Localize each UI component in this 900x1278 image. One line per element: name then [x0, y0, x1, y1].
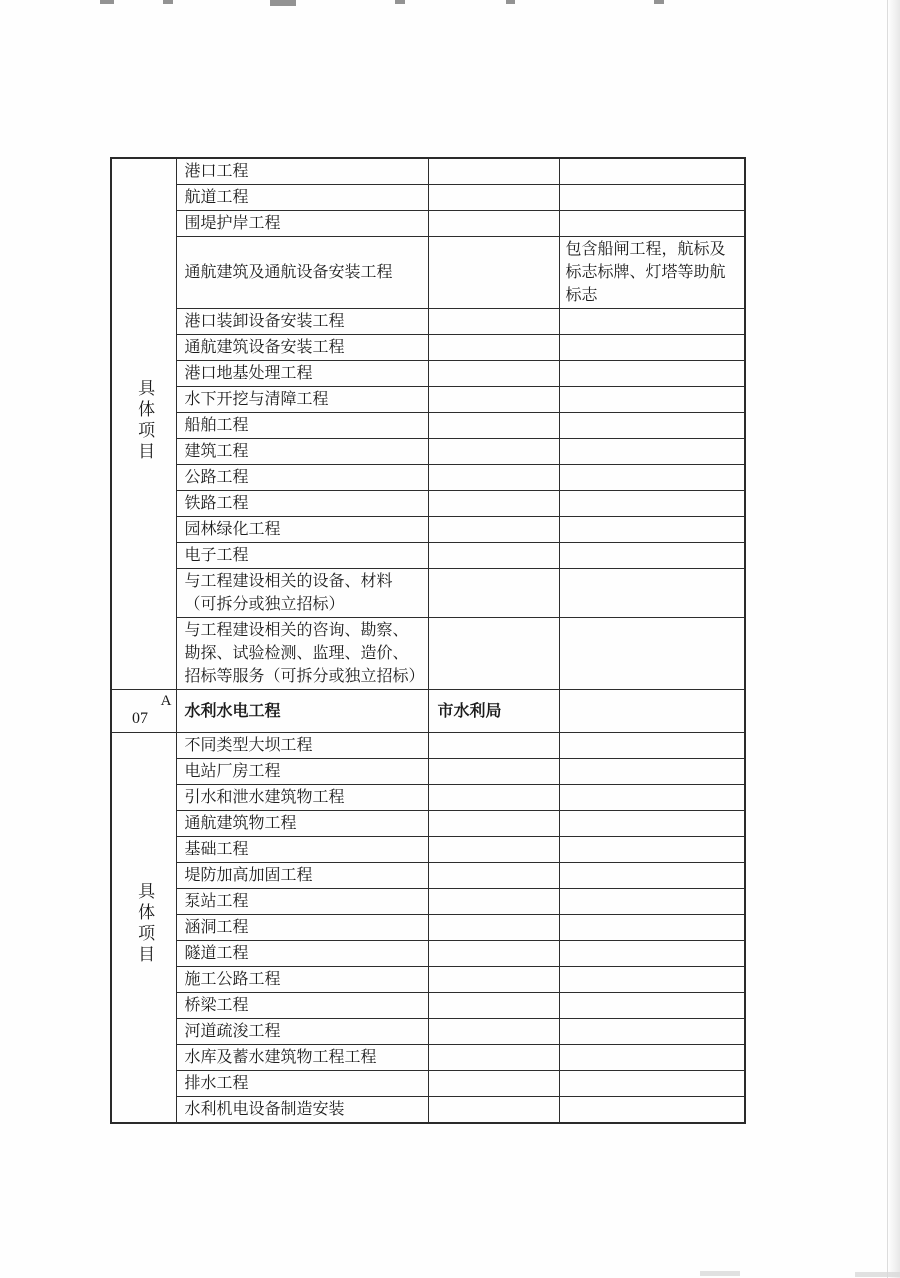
table-row: 电站厂房工程 — [111, 759, 745, 785]
note-cell — [559, 785, 745, 811]
project-classification-table: 具体项目港口工程航道工程围堤护岸工程通航建筑及通航设备安装工程包含船闸工程，航标… — [110, 157, 746, 1124]
note-cell — [559, 759, 745, 785]
item-cell: 电子工程 — [176, 543, 428, 569]
item-cell: 水利机电设备制造安装 — [176, 1097, 428, 1124]
note-cell — [559, 1019, 745, 1045]
table-row: 建筑工程 — [111, 439, 745, 465]
scan-artifact — [270, 0, 296, 6]
category-code-number: 07 — [132, 707, 148, 730]
item-cell: 隧道工程 — [176, 941, 428, 967]
side-label: 具体项目 — [134, 379, 153, 463]
note-cell — [559, 993, 745, 1019]
table-row: 通航建筑物工程 — [111, 811, 745, 837]
scan-artifact — [395, 0, 405, 4]
table-row: 桥梁工程 — [111, 993, 745, 1019]
note-cell — [559, 569, 745, 618]
item-cell: 泵站工程 — [176, 889, 428, 915]
table-row: 围堤护岸工程 — [111, 211, 745, 237]
item-cell: 水下开挖与清障工程 — [176, 387, 428, 413]
side-label-cell: 具体项目 — [111, 158, 176, 690]
empty-cell — [428, 413, 559, 439]
item-cell: 船舶工程 — [176, 413, 428, 439]
item-cell: 港口装卸设备安装工程 — [176, 309, 428, 335]
note-cell — [559, 158, 745, 185]
empty-cell — [428, 237, 559, 309]
note-cell: 包含船闸工程，航标及标志标牌、灯塔等助航标志 — [559, 237, 745, 309]
item-cell: 围堤护岸工程 — [176, 211, 428, 237]
empty-cell — [428, 491, 559, 517]
table-row: 涵洞工程 — [111, 915, 745, 941]
note-cell — [559, 361, 745, 387]
note-cell — [559, 543, 745, 569]
table-row: 隧道工程 — [111, 941, 745, 967]
category-code-letter: A — [161, 690, 172, 713]
table-row: 公路工程 — [111, 465, 745, 491]
table-row: 与工程建设相关的咨询、勘察、勘探、试验检测、监理、造价、招标等服务（可拆分或独立… — [111, 618, 745, 690]
table-row: 航道工程 — [111, 185, 745, 211]
empty-cell — [428, 439, 559, 465]
item-cell: 通航建筑及通航设备安装工程 — [176, 237, 428, 309]
category-code-cell: A07 — [111, 690, 176, 733]
category-name-cell: 水利水电工程 — [176, 690, 428, 733]
empty-cell — [428, 361, 559, 387]
empty-cell — [428, 465, 559, 491]
item-cell: 水库及蓄水建筑物工程工程 — [176, 1045, 428, 1071]
authority-cell: 市水利局 — [428, 690, 559, 733]
item-cell: 建筑工程 — [176, 439, 428, 465]
table-row: 排水工程 — [111, 1071, 745, 1097]
item-cell: 基础工程 — [176, 837, 428, 863]
scan-artifact — [700, 1271, 740, 1276]
table-row: 具体项目港口工程 — [111, 158, 745, 185]
empty-cell — [428, 941, 559, 967]
item-cell: 通航建筑物工程 — [176, 811, 428, 837]
table-row: 施工公路工程 — [111, 967, 745, 993]
empty-cell — [428, 1019, 559, 1045]
note-cell — [559, 211, 745, 237]
empty-cell — [428, 863, 559, 889]
scan-artifact — [506, 0, 515, 4]
empty-cell — [428, 309, 559, 335]
note-cell — [559, 618, 745, 690]
note-cell — [559, 915, 745, 941]
table-row: 园林绿化工程 — [111, 517, 745, 543]
item-cell: 港口地基处理工程 — [176, 361, 428, 387]
category-row: A07水利水电工程市水利局 — [111, 690, 745, 733]
empty-cell — [428, 967, 559, 993]
table-row: 港口地基处理工程 — [111, 361, 745, 387]
empty-cell — [428, 1045, 559, 1071]
table-row: 通航建筑及通航设备安装工程包含船闸工程，航标及标志标牌、灯塔等助航标志 — [111, 237, 745, 309]
note-cell — [559, 413, 745, 439]
table-row: 港口装卸设备安装工程 — [111, 309, 745, 335]
table-row: 泵站工程 — [111, 889, 745, 915]
scanned-page: 具体项目港口工程航道工程围堤护岸工程通航建筑及通航设备安装工程包含船闸工程，航标… — [0, 0, 900, 1278]
side-label-cell: 具体项目 — [111, 733, 176, 1124]
scan-artifact — [100, 0, 114, 4]
note-cell — [559, 335, 745, 361]
table-row: 堤防加高加固工程 — [111, 863, 745, 889]
note-cell — [559, 439, 745, 465]
note-cell — [559, 733, 745, 759]
note-cell — [559, 517, 745, 543]
item-cell: 堤防加高加固工程 — [176, 863, 428, 889]
table-row: 具体项目不同类型大坝工程 — [111, 733, 745, 759]
empty-cell — [428, 733, 559, 759]
note-cell — [559, 690, 745, 733]
note-cell — [559, 1097, 745, 1124]
table-row: 引水和泄水建筑物工程 — [111, 785, 745, 811]
side-label: 具体项目 — [134, 882, 153, 966]
empty-cell — [428, 158, 559, 185]
table-row: 船舶工程 — [111, 413, 745, 439]
note-cell — [559, 491, 745, 517]
item-cell: 铁路工程 — [176, 491, 428, 517]
note-cell — [559, 837, 745, 863]
table-row: 与工程建设相关的设备、材料（可拆分或独立招标） — [111, 569, 745, 618]
table-row: 通航建筑设备安装工程 — [111, 335, 745, 361]
table-row: 河道疏浚工程 — [111, 1019, 745, 1045]
scan-artifact — [654, 0, 664, 4]
note-cell — [559, 889, 745, 915]
empty-cell — [428, 889, 559, 915]
note-cell — [559, 811, 745, 837]
empty-cell — [428, 837, 559, 863]
empty-cell — [428, 335, 559, 361]
empty-cell — [428, 543, 559, 569]
note-cell — [559, 387, 745, 413]
table-row: 水库及蓄水建筑物工程工程 — [111, 1045, 745, 1071]
note-cell — [559, 309, 745, 335]
empty-cell — [428, 785, 559, 811]
item-cell: 不同类型大坝工程 — [176, 733, 428, 759]
empty-cell — [428, 517, 559, 543]
empty-cell — [428, 618, 559, 690]
item-cell: 航道工程 — [176, 185, 428, 211]
note-cell — [559, 1071, 745, 1097]
table-row: 水利机电设备制造安装 — [111, 1097, 745, 1124]
empty-cell — [428, 569, 559, 618]
item-cell: 施工公路工程 — [176, 967, 428, 993]
table-row: 电子工程 — [111, 543, 745, 569]
empty-cell — [428, 915, 559, 941]
item-cell: 与工程建设相关的设备、材料（可拆分或独立招标） — [176, 569, 428, 618]
note-cell — [559, 185, 745, 211]
item-cell: 涵洞工程 — [176, 915, 428, 941]
item-cell: 引水和泄水建筑物工程 — [176, 785, 428, 811]
note-cell — [559, 967, 745, 993]
empty-cell — [428, 185, 559, 211]
empty-cell — [428, 1071, 559, 1097]
table-row: 基础工程 — [111, 837, 745, 863]
note-cell — [559, 1045, 745, 1071]
scan-artifact — [855, 1272, 900, 1277]
empty-cell — [428, 1097, 559, 1124]
item-cell: 电站厂房工程 — [176, 759, 428, 785]
empty-cell — [428, 993, 559, 1019]
empty-cell — [428, 387, 559, 413]
item-cell: 港口工程 — [176, 158, 428, 185]
item-cell: 排水工程 — [176, 1071, 428, 1097]
page-edge-shadow — [887, 0, 900, 1278]
note-cell — [559, 863, 745, 889]
item-cell: 园林绿化工程 — [176, 517, 428, 543]
item-cell: 桥梁工程 — [176, 993, 428, 1019]
item-cell: 公路工程 — [176, 465, 428, 491]
scan-artifact — [163, 0, 173, 4]
table-row: 水下开挖与清障工程 — [111, 387, 745, 413]
item-cell: 通航建筑设备安装工程 — [176, 335, 428, 361]
note-cell — [559, 941, 745, 967]
empty-cell — [428, 811, 559, 837]
item-cell: 与工程建设相关的咨询、勘察、勘探、试验检测、监理、造价、招标等服务（可拆分或独立… — [176, 618, 428, 690]
empty-cell — [428, 759, 559, 785]
note-cell — [559, 465, 745, 491]
empty-cell — [428, 211, 559, 237]
table-row: 铁路工程 — [111, 491, 745, 517]
item-cell: 河道疏浚工程 — [176, 1019, 428, 1045]
